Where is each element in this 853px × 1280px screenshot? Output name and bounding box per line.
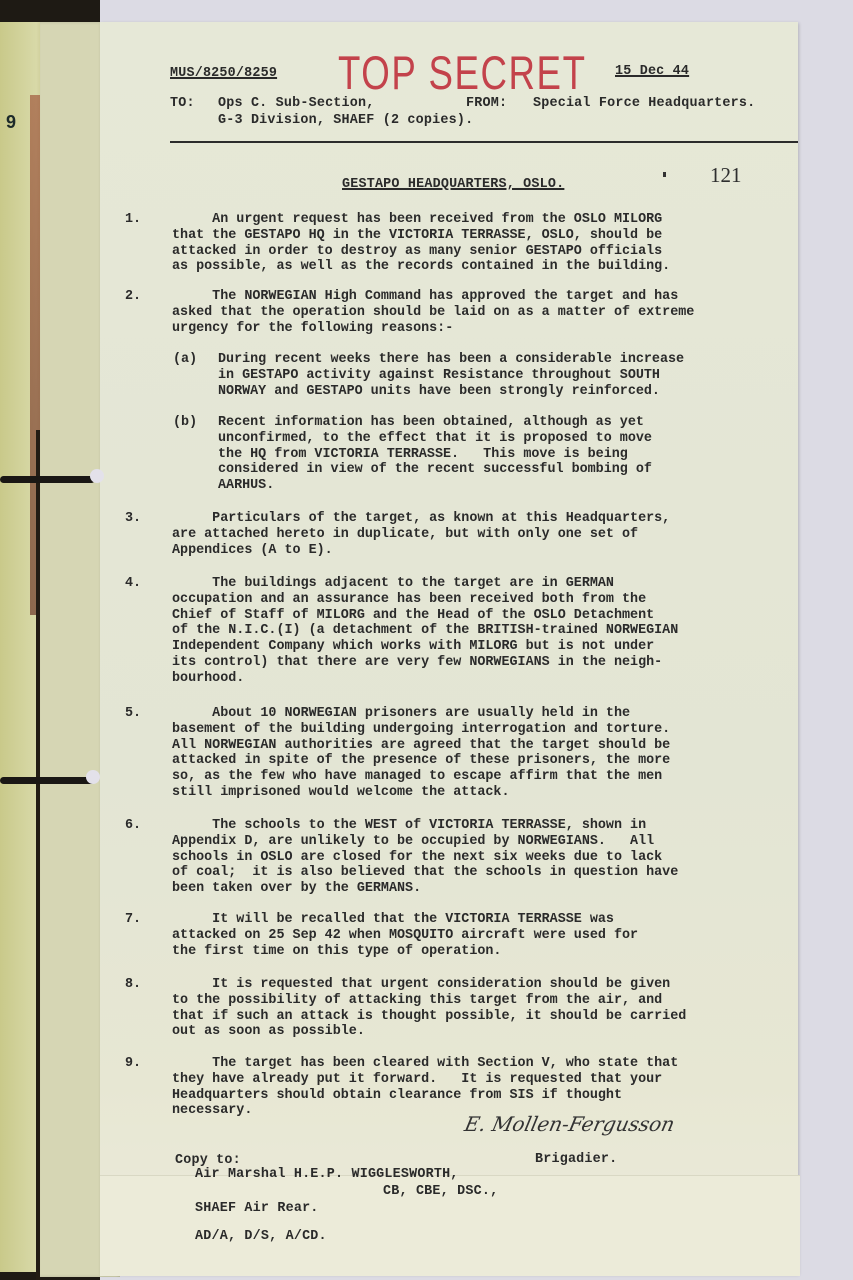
subitem-label: (b) (173, 415, 197, 431)
top-secret-stamp: TOP SECRET (338, 48, 587, 98)
copy-to-label: Copy to: (175, 1153, 241, 1168)
paragraph-line: are attached hereto in duplicate, but wi… (172, 527, 670, 543)
paragraph-line: Headquarters should obtain clearance fro… (172, 1088, 678, 1104)
paragraph-line: bourhood. (172, 671, 678, 687)
paragraph-number: 8. (125, 977, 141, 992)
paragraph-number: 3. (125, 511, 141, 526)
paragraph-body: The schools to the WEST of VICTORIA TERR… (172, 818, 678, 897)
paragraph-line: Appendix D, are unlikely to be occupied … (172, 834, 678, 850)
paragraph-line: An urgent request has been received from… (172, 212, 670, 228)
signatory-rank: Brigadier. (535, 1152, 617, 1167)
paragraph-line: so, as the few who have managed to escap… (172, 769, 670, 785)
paragraph-line: attacked on 25 Sep 42 when MOSQUITO airc… (172, 928, 638, 944)
paragraph-number: 9. (125, 1056, 141, 1071)
paragraph-line: The NORWEGIAN High Command has approved … (172, 289, 694, 305)
paragraph-number: 4. (125, 576, 141, 591)
document-title: GESTAPO HEADQUARTERS, OSLO. (342, 177, 564, 192)
paragraph-line: schools in OSLO are closed for the next … (172, 850, 678, 866)
copy-to-honours: CB, CBE, DSC., (383, 1184, 498, 1199)
paragraph-line: that if such an attack is thought possib… (172, 1009, 686, 1025)
paragraph-body: An urgent request has been received from… (172, 212, 670, 275)
paragraph-line: out as soon as possible. (172, 1024, 686, 1040)
subitem-line: the HQ from VICTORIA TERRASSE. This move… (218, 447, 652, 463)
paragraph-line: The schools to the WEST of VICTORIA TERR… (172, 818, 678, 834)
paragraph-line: Particulars of the target, as known at t… (172, 511, 670, 527)
paragraph-line: as possible, as well as the records cont… (172, 259, 670, 275)
header-rule (170, 141, 798, 143)
paragraph-line: been taken over by the GERMANS. (172, 881, 678, 897)
copy-to-recipient-3: AD/A, D/S, A/CD. (195, 1229, 327, 1244)
paragraph-line: to the possibility of attacking this tar… (172, 993, 686, 1009)
paragraph-body: It will be recalled that the VICTORIA TE… (172, 912, 638, 959)
paragraph-line: urgency for the following reasons:- (172, 321, 694, 337)
subitem-line: Recent information has been obtained, al… (218, 415, 652, 431)
paragraph-line: attacked in spite of the presence of the… (172, 753, 670, 769)
paragraph-line: its control) that there are very few NOR… (172, 655, 678, 671)
paragraph-line: About 10 NORWEGIAN prisoners are usually… (172, 706, 670, 722)
paragraph-line: It will be recalled that the VICTORIA TE… (172, 912, 638, 928)
paragraph-number: 1. (125, 212, 141, 227)
subitem-line: NORWAY and GESTAPO units have been stron… (218, 384, 684, 400)
copy-to-recipient-2: SHAEF Air Rear. (195, 1201, 319, 1216)
document-content: MUS/8250/8259 TOP SECRET 15 Dec 44 TO: O… (0, 0, 853, 1280)
paragraph-line: All NORWEGIAN authorities are agreed tha… (172, 738, 670, 754)
paragraph-body: The buildings adjacent to the target are… (172, 576, 678, 687)
signature: E. Mollen-Fergusson (462, 1112, 677, 1136)
subitem-line: considered in view of the recent success… (218, 462, 652, 478)
paragraph-line: Appendices (A to E). (172, 543, 670, 559)
paragraph-line: Chief of Staff of MILORG and the Head of… (172, 608, 678, 624)
paragraph-line: It is requested that urgent consideratio… (172, 977, 686, 993)
paragraph-line: attacked in order to destroy as many sen… (172, 244, 670, 260)
paragraph-body: The NORWEGIAN High Command has approved … (172, 289, 694, 336)
subitem-body: During recent weeks there has been a con… (218, 352, 684, 399)
subitem-line: AARHUS. (218, 478, 652, 494)
paragraph-number: 7. (125, 912, 141, 927)
paragraph-line: of the N.I.C.(I) (a detachment of the BR… (172, 623, 678, 639)
reference-number: MUS/8250/8259 (170, 66, 277, 81)
paragraph-line: of coal; it is also believed that the sc… (172, 865, 678, 881)
paragraph-line: asked that the operation should be laid … (172, 305, 694, 321)
paragraph-body: It is requested that urgent consideratio… (172, 977, 686, 1040)
paragraph-line: The buildings adjacent to the target are… (172, 576, 678, 592)
paragraph-line: still imprisoned would welcome the attac… (172, 785, 670, 801)
folio-number: 121 (710, 163, 742, 188)
from-label: FROM: (466, 96, 507, 111)
paragraph-number: 2. (125, 289, 141, 304)
paragraph-body: The target has been cleared with Section… (172, 1056, 678, 1119)
paragraph-number: 5. (125, 706, 141, 721)
to-line-1: Ops C. Sub-Section, (218, 96, 374, 111)
paragraph-line: Independent Company which works with MIL… (172, 639, 678, 655)
paragraph-line: basement of the building undergoing inte… (172, 722, 670, 738)
paragraph-line: that the GESTAPO HQ in the VICTORIA TERR… (172, 228, 670, 244)
paragraph-line: the first time on this type of operation… (172, 944, 638, 960)
paragraph-body: Particulars of the target, as known at t… (172, 511, 670, 558)
paragraph-number: 6. (125, 818, 141, 833)
ink-mark (663, 172, 666, 177)
subitem-line: in GESTAPO activity against Resistance t… (218, 368, 684, 384)
subitem-body: Recent information has been obtained, al… (218, 415, 652, 494)
to-label: TO: (170, 96, 195, 111)
paragraph-line: occupation and an assurance has been rec… (172, 592, 678, 608)
document-date: 15 Dec 44 (615, 64, 689, 79)
subitem-line: During recent weeks there has been a con… (218, 352, 684, 368)
copy-to-recipient-1: Air Marshal H.E.P. WIGGLESWORTH, (195, 1167, 459, 1182)
from-value: Special Force Headquarters. (533, 96, 755, 111)
paragraph-body: About 10 NORWEGIAN prisoners are usually… (172, 706, 670, 801)
to-line-2: G-3 Division, SHAEF (2 copies). (218, 113, 473, 128)
subitem-line: unconfirmed, to the effect that it is pr… (218, 431, 652, 447)
paragraph-line: they have already put it forward. It is … (172, 1072, 678, 1088)
paragraph-line: The target has been cleared with Section… (172, 1056, 678, 1072)
subitem-label: (a) (173, 352, 197, 368)
